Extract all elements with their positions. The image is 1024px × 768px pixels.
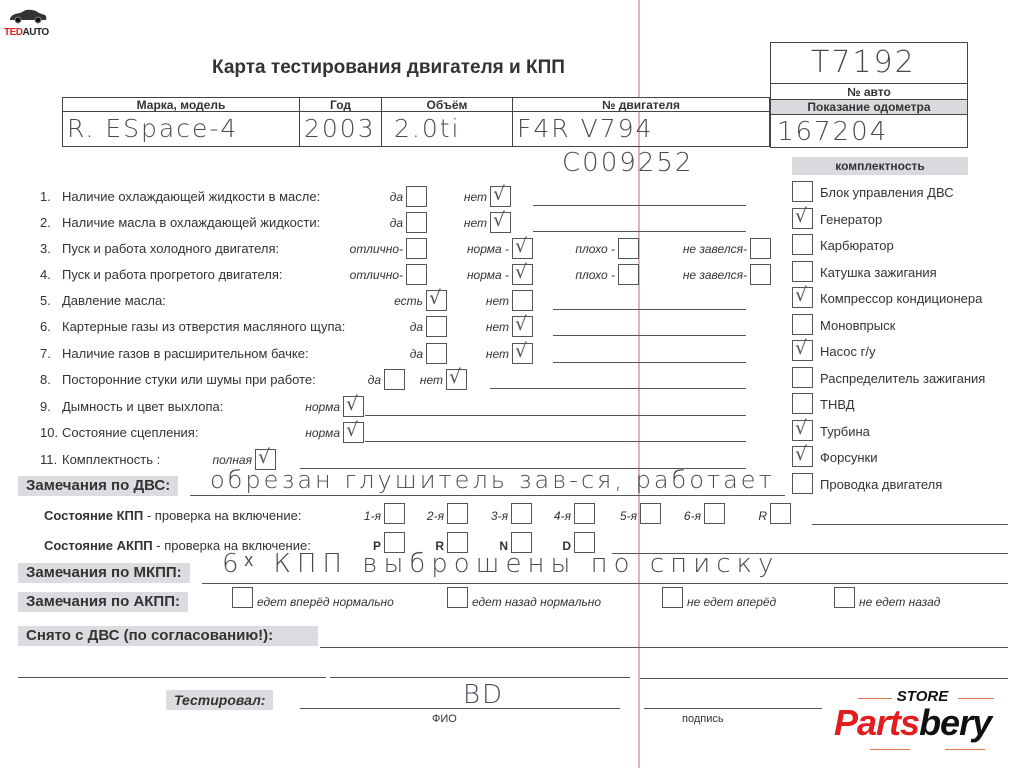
check-mark-icon: √: [515, 340, 527, 362]
gear-checkbox[interactable]: [384, 503, 405, 524]
year-label: Год: [300, 98, 381, 112]
option-checkbox[interactable]: √: [343, 396, 364, 417]
completeness-checkbox[interactable]: [792, 314, 813, 335]
option-label: норма -: [467, 242, 509, 256]
option-checkbox[interactable]: √: [490, 186, 511, 207]
option-label: полная: [213, 453, 252, 467]
completeness-checkbox[interactable]: √: [792, 340, 813, 361]
check-number: 5.: [40, 293, 51, 308]
check-mark-icon: √: [795, 417, 807, 439]
auto-odometer-box: T7192 № авто Показание одометра 167204: [770, 42, 968, 148]
removed-line-2c: [640, 678, 1008, 679]
check-text: Дымность и цвет выхлопа:: [62, 399, 223, 414]
option-checkbox[interactable]: [406, 238, 427, 259]
check-number: 11.: [40, 452, 57, 467]
option-label: да: [390, 216, 403, 230]
option-checkbox[interactable]: [384, 369, 405, 390]
option-checkbox[interactable]: √: [446, 369, 467, 390]
gear-checkbox[interactable]: [574, 503, 595, 524]
option-checkbox[interactable]: [406, 212, 427, 233]
completeness-label: Моновпрыск: [820, 318, 895, 333]
option-checkbox[interactable]: √: [512, 316, 533, 337]
completeness-label: Катушка зажигания: [820, 265, 937, 280]
check-mark-icon: √: [493, 183, 505, 205]
removed-label: Снято с ДВС (по согласованию!):: [18, 626, 318, 646]
volume-label: Объём: [382, 98, 512, 112]
fio-caption: ФИО: [432, 713, 457, 725]
check-mark-icon: √: [515, 235, 527, 257]
option-checkbox[interactable]: √: [490, 212, 511, 233]
check-text: Картерные газы из отверстия масляного щу…: [62, 319, 345, 334]
check-mark-icon: √: [429, 287, 441, 309]
check-text: Давление масла:: [62, 293, 166, 308]
check-mark-icon: √: [795, 337, 807, 359]
gear-checkbox[interactable]: [511, 503, 532, 524]
comment-line: [553, 335, 746, 336]
odometer-label: Показание одометра: [771, 99, 967, 115]
manual-gearbox-line: [812, 524, 1008, 525]
option-checkbox[interactable]: [750, 238, 771, 259]
engine-number-label: № двигателя: [513, 98, 769, 112]
make-model-value[interactable]: R. ESpace-4: [67, 114, 238, 143]
auto-number-label: № авто: [771, 83, 967, 99]
completeness-label: Форсунки: [820, 450, 877, 465]
check-text: Комплектность :: [62, 452, 160, 467]
logo-line: [870, 749, 910, 750]
option-label: не завелся-: [683, 268, 747, 282]
completeness-checkbox[interactable]: √: [792, 208, 813, 229]
completeness-label: Турбина: [820, 424, 870, 439]
comment-line: [365, 415, 746, 416]
tedauto-logo: TEDAUTO: [4, 8, 64, 42]
check-text: Посторонние стуки или шумы при работе:: [62, 372, 316, 387]
check-mark-icon: √: [258, 446, 270, 468]
year-cell: Год 2003: [300, 98, 382, 146]
gear-label: 2-я: [427, 509, 444, 523]
comment-line: [553, 362, 746, 363]
option-label: нет: [464, 216, 487, 230]
check-number: 4.: [40, 267, 51, 282]
check-mark-icon: √: [346, 393, 358, 415]
comment-line: [533, 231, 746, 232]
gear-checkbox[interactable]: [447, 503, 468, 524]
gear-label: 6-я: [684, 509, 701, 523]
auto-remark-checkbox[interactable]: [232, 587, 253, 608]
comment-line: [533, 205, 746, 206]
option-checkbox[interactable]: √: [343, 422, 364, 443]
form-title: Карта тестирования двигателя и КПП: [212, 57, 565, 79]
auto-remark-label: не едет назад: [859, 595, 940, 609]
logo-line: [945, 749, 985, 750]
check-number: 3.: [40, 241, 51, 256]
check-text: Пуск и работа холодного двигателя:: [62, 241, 279, 256]
check-text: Наличие масла в охлаждающей жидкости:: [62, 215, 320, 230]
check-text: Состояние сцепления:: [62, 425, 198, 440]
partsbery-dark: bery: [919, 702, 991, 743]
option-label: норма: [305, 400, 340, 414]
option-checkbox[interactable]: √: [512, 264, 533, 285]
auto-remark-checkbox[interactable]: [834, 587, 855, 608]
option-checkbox[interactable]: √: [512, 238, 533, 259]
completeness-label: Карбюратор: [820, 238, 894, 253]
option-label: есть: [394, 294, 423, 308]
option-label: нет: [486, 294, 509, 308]
completeness-label: Проводка двигателя: [820, 477, 942, 492]
auto-remark-checkbox[interactable]: [662, 587, 683, 608]
completeness-label: Блок управления ДВС: [820, 185, 954, 200]
completeness-label: Распределитель зажигания: [820, 371, 985, 386]
auto-remark-label: едет назад нормально: [472, 595, 601, 609]
option-checkbox[interactable]: [750, 264, 771, 285]
gear-checkbox[interactable]: [770, 503, 791, 524]
gear-checkbox[interactable]: [640, 503, 661, 524]
check-mark-icon: √: [795, 205, 807, 227]
completeness-label: Генератор: [820, 212, 882, 227]
engine-remarks-value[interactable]: обрезан глушитель зав-ся, работает: [210, 466, 775, 494]
partsbery-logo: STORE Partsbery: [830, 688, 1015, 758]
completeness-header: комплектность: [792, 157, 968, 175]
completeness-checkbox[interactable]: [792, 473, 813, 494]
make-model-cell: Марка, модель R. ESpace-4: [63, 98, 300, 146]
check-mark-icon: √: [493, 209, 505, 231]
manual-remarks-line: [202, 583, 1008, 584]
tedauto-red: TED: [4, 27, 23, 38]
comment-line: [490, 388, 746, 389]
check-mark-icon: √: [346, 419, 358, 441]
check-mark-icon: √: [515, 313, 527, 335]
engine-number-cell: № двигателя F4R V794: [513, 98, 769, 146]
volume-value[interactable]: 2.0ti: [394, 114, 461, 143]
gear-label: 3-я: [491, 509, 508, 523]
manual-remarks-label: Замечания по МКПП:: [18, 563, 190, 583]
engine-remarks-line: [190, 495, 785, 496]
check-number: 8.: [40, 372, 51, 387]
option-label: да: [390, 190, 403, 204]
option-checkbox[interactable]: [426, 316, 447, 337]
tested-by-name-value[interactable]: BD: [463, 680, 504, 710]
tested-by-label: Тестировал:: [166, 690, 273, 710]
signature-line: [644, 708, 822, 709]
completeness-checkbox[interactable]: [792, 261, 813, 282]
car-icon: [8, 8, 48, 24]
check-number: 2.: [40, 215, 51, 230]
option-label: отлично-: [350, 268, 403, 282]
gear-label: R: [758, 509, 767, 523]
option-label: норма -: [467, 268, 509, 282]
tedauto-dark: AUTO: [23, 27, 49, 38]
tested-by-name-line: [300, 708, 620, 709]
completeness-checkbox[interactable]: [792, 234, 813, 255]
removed-line-2b: [330, 677, 630, 678]
option-label: нет: [420, 373, 443, 387]
check-text: Наличие охлаждающей жидкости в масле:: [62, 189, 320, 204]
check-number: 6.: [40, 319, 51, 334]
option-label: да: [410, 347, 423, 361]
comment-line: [365, 441, 746, 442]
option-checkbox[interactable]: √: [512, 343, 533, 364]
auto-number-value[interactable]: T7192: [811, 45, 916, 80]
logo-line: [858, 698, 892, 699]
auto-remark-checkbox[interactable]: [447, 587, 468, 608]
completeness-checkbox[interactable]: [792, 181, 813, 202]
check-mark-icon: √: [795, 443, 807, 465]
option-label: норма: [305, 426, 340, 440]
comment-line: [553, 309, 746, 310]
check-mark-icon: √: [795, 284, 807, 306]
gear-label: 1-я: [364, 509, 381, 523]
engine-number-extra: C009252: [562, 148, 693, 178]
manual-gearbox-check-label: Состояние КПП - проверка на включение:: [44, 508, 301, 523]
vehicle-info-table: Марка, модель R. ESpace-4 Год 2003 Объём…: [62, 97, 770, 147]
engine-number-value[interactable]: F4R V794: [517, 114, 653, 143]
option-checkbox[interactable]: √: [426, 290, 447, 311]
option-checkbox[interactable]: [406, 264, 427, 285]
gear-checkbox[interactable]: [704, 503, 725, 524]
option-checkbox[interactable]: [512, 290, 533, 311]
completeness-checkbox[interactable]: √: [792, 446, 813, 467]
option-checkbox[interactable]: [406, 186, 427, 207]
option-checkbox[interactable]: [618, 238, 639, 259]
engine-remarks-label: Замечания по ДВС:: [18, 476, 178, 496]
check-number: 10.: [40, 425, 58, 440]
option-checkbox[interactable]: [426, 343, 447, 364]
completeness-label: ТНВД: [820, 397, 855, 412]
check-number: 7.: [40, 346, 51, 361]
option-checkbox[interactable]: [618, 264, 639, 285]
check-mark-icon: √: [515, 261, 527, 283]
removed-line-1: [320, 647, 1008, 648]
option-label: плохо -: [575, 242, 615, 256]
check-text: Наличие газов в расширительном бачке:: [62, 346, 309, 361]
gear-label: 4-я: [554, 509, 571, 523]
completeness-checkbox[interactable]: [792, 393, 813, 414]
completeness-checkbox[interactable]: [792, 367, 813, 388]
option-label: плохо -: [575, 268, 615, 282]
completeness-label: Компрессор кондиционера: [820, 291, 982, 306]
removed-line-2a: [18, 677, 326, 678]
option-label: не завелся-: [683, 242, 747, 256]
option-label: нет: [486, 347, 509, 361]
year-value[interactable]: 2003: [304, 114, 376, 143]
completeness-label: Насос г/у: [820, 344, 875, 359]
option-label: нет: [486, 320, 509, 334]
auto-remarks-label: Замечания по АКПП:: [18, 592, 188, 612]
check-text: Пуск и работа прогретого двигателя:: [62, 267, 282, 282]
volume-cell: Объём 2.0ti: [382, 98, 513, 146]
partsbery-red: Parts: [834, 702, 919, 743]
manual-remarks-value[interactable]: 6ˣ КПП выброшены по списку: [222, 548, 779, 579]
gear-label: 5-я: [620, 509, 637, 523]
check-number: 1.: [40, 189, 51, 204]
option-label: да: [368, 373, 381, 387]
check-mark-icon: √: [449, 366, 461, 388]
make-model-label: Марка, модель: [63, 98, 299, 112]
check-number: 9.: [40, 399, 51, 414]
logo-line: [958, 698, 994, 699]
completeness-checkbox[interactable]: √: [792, 287, 813, 308]
option-label: да: [410, 320, 423, 334]
odometer-value[interactable]: 167204: [777, 117, 888, 147]
option-label: нет: [464, 190, 487, 204]
option-label: отлично-: [350, 242, 403, 256]
completeness-checkbox[interactable]: √: [792, 420, 813, 441]
auto-remark-label: не едет вперёд: [687, 595, 776, 609]
auto-remark-label: едет вперёд нормально: [257, 595, 394, 609]
signature-caption: подпись: [682, 713, 724, 725]
